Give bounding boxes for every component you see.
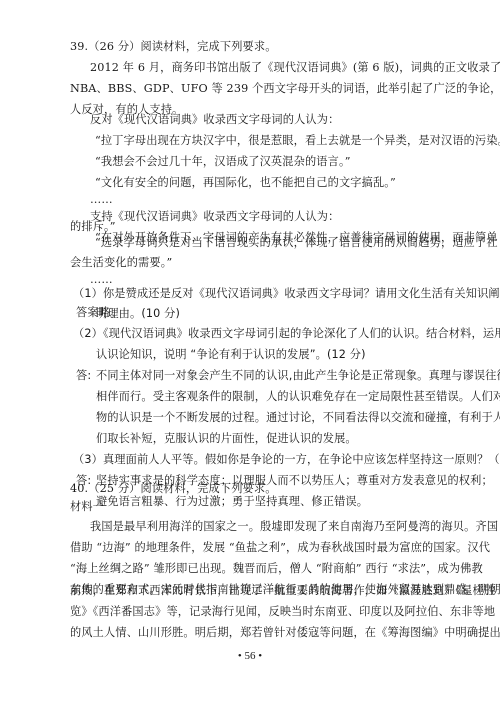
sub-question-3: （3）真理面前人人平等。假如你是争论的一方，在争论中应该怎样坚持这一原则？（4 …	[73, 453, 463, 467]
sub-question-2: （2）《现代汉语词典》收录西文字母词引起的争论深化了人们的认识。结合材料，运用	[73, 327, 463, 341]
answer-2-line: 物的认识是一个不断发展的过程。通过讨论，不同看法得以交流和碰撞，有利于人	[96, 411, 486, 425]
q39-intro-line: 2012 年 6 月，商务印书馆出版了《现代汉语词典》(第 6 版)，词典的正文…	[90, 61, 480, 75]
ellipsis: ……	[90, 273, 480, 287]
oppose-lead: 反对《现代汉语词典》收录西文字母词的人认为：	[90, 113, 480, 127]
material-line: 借助 “边海” 的地理条件，发展 “鱼盐之利”，成为春秋战国时最为富庶的国家。汉…	[70, 541, 460, 555]
answer-2-line: 不同主体对同一对象会产生不同的认识,由此产生争论是正常现象。真理与谬误往往	[96, 369, 486, 383]
support-quote-cont: 会生活变化的需要。”	[70, 256, 460, 270]
material-line: 我国是最早利用海洋的国家之一。殷墟即发现了来自南海乃至阿曼湾的海贝。齐国	[90, 520, 480, 534]
question-40-header: 40.（25 分）阅读材料，完成下列要求。	[70, 482, 460, 496]
support-quote-cont: 的排斥。”	[70, 220, 460, 234]
question-39-header: 39.（26 分）阅读材料，完成下列要求。	[70, 40, 460, 54]
q39-intro-line: NBA、BBS、GDP、UFO 等 239 个西文字母开头的词语，此举引起了广泛…	[70, 82, 460, 96]
material-title: 材料一	[70, 500, 460, 514]
sub-question-1: （1）你是赞成还是反对《现代汉语词典》收录西文字母词？请用文化生活有关知识阐	[73, 287, 463, 301]
answer-2-line: 们取长补短，克服认识的片面性，促进认识的发展。	[96, 432, 486, 446]
material-line: 的风土人情、山川形胜。明后期，郑若曾针对倭寇等问题，在《筹海图编》中明确提出	[70, 626, 460, 640]
material-line: 前期，在郑和下西洋的背景下，出现了一批重要的航海著作，如《瀛涯胜览》《星槎胜	[70, 584, 460, 598]
support-quote: “选录字母词只是对当下语言现实的承认，体现了语言使用的从简趋势，适应了社	[95, 236, 485, 250]
sub-question-2-cont: 认识论知识，说明 “争论有利于认识的发展”。(12 分)	[96, 348, 486, 362]
material-line: “海上丝绸之路” 雏形即已出现。魏晋而后，僧人 “附商舶” 西行 “求法”，成为…	[70, 562, 460, 576]
oppose-quote: “文化有安全的问题，再国际化，也不能把自己的文字搞乱。”	[95, 176, 485, 190]
answer-2-line: 相伴而行。受主客观条件的限制，人的认识难免存在一定局限性甚至错误。人们对事	[96, 390, 486, 404]
ellipsis: ……	[90, 193, 480, 207]
answer-1: 答案略。	[76, 306, 466, 320]
exam-page: 39.（26 分）阅读材料，完成下列要求。 2012 年 6 月，商务印书馆出版…	[0, 0, 500, 711]
oppose-quote: “我想会不会过几十年，汉语成了汉英混杂的语言。”	[95, 155, 485, 169]
material-line: 览》《西洋番国志》等，记录海行见闻，反映当时东南亚、印度以及阿拉伯、东非等地	[70, 605, 460, 619]
oppose-quote: “拉丁字母出现在方块汉字中，很是惹眼，看上去就是一个异类，是对汉语的污染。”	[95, 134, 485, 148]
page-number: • 56 •	[0, 650, 500, 662]
